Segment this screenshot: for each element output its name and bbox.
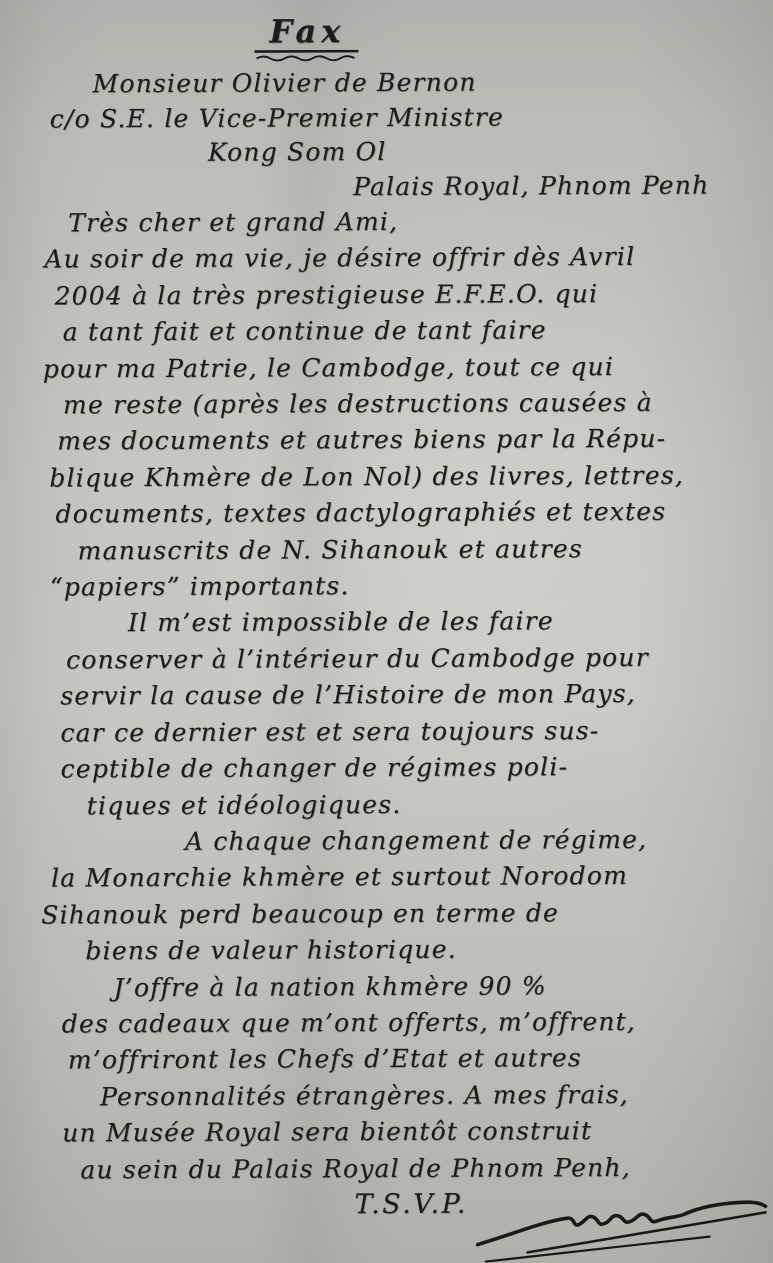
body-line: J’offre à la nation khmère 90 % (1, 967, 773, 1007)
fax-letter-page: Fax Monsieur Olivier de Bernon c/o S.E. … (0, 0, 773, 1263)
tsvp-label: T.S.V.P. (354, 1187, 468, 1224)
body-line: m’offriront les Chefs d’Etat et autres (2, 1040, 773, 1080)
body-line: Personnalités étrangères. A mes frais, (2, 1076, 773, 1116)
body-line: a tant fait et continue de tant faire (0, 312, 772, 352)
body-line: Sihanouk perd beaucoup en terme de (1, 894, 773, 934)
signature-scribble (472, 1189, 772, 1263)
body-line: “papiers” importants. (0, 566, 773, 606)
closing-row: T.S.V.P. (2, 1185, 773, 1263)
address-line: Palais Royal, Phnom Penh (0, 168, 771, 206)
body-line: documents, textes dactylographiés et tex… (0, 494, 773, 534)
salutation-line: Très cher et grand Ami, (0, 202, 771, 242)
body-line: biens de valeur historique. (1, 930, 773, 970)
letter-content: Fax Monsieur Olivier de Bernon c/o S.E. … (0, 0, 773, 1263)
body-line: servir la cause de l’Histoire de mon Pay… (0, 676, 773, 716)
title-wrap: Fax (252, 12, 362, 62)
body-line: des cadeaux que m’ont offerts, m’offrent… (2, 1003, 773, 1043)
body-line: ceptible de changer de régimes poli- (1, 748, 773, 788)
body-line: manuscrits de N. Sihanouk et autres (0, 530, 773, 570)
title-row: Fax (0, 10, 771, 67)
care-of-line: c/o S.E. le Vice-Premier Ministre (0, 99, 771, 137)
body-line: car ce dernier est et sera toujours sus- (0, 712, 773, 752)
title-underline-icon (252, 48, 362, 62)
body-line: tiques et idéologiques. (1, 785, 773, 825)
body-line: blique Khmère de Lon Nol) des livres, le… (0, 457, 772, 497)
page-title: Fax (269, 12, 345, 50)
body-line: la Monarchie khmère et surtout Norodom (1, 858, 773, 898)
body-line: me reste (après les destructions causées… (0, 384, 772, 424)
body-line: 2004 à la très prestigieuse E.F.E.O. qui (0, 275, 772, 315)
body-line: mes documents et autres biens par la Rép… (0, 421, 772, 461)
body-line: A chaque changement de régime, (1, 821, 773, 861)
body-line: un Musée Royal sera bientôt construit (2, 1112, 773, 1152)
body-line: conserver à l’intérieur du Cambodge pour (0, 639, 773, 679)
recipient-line: Monsieur Olivier de Bernon (0, 64, 771, 102)
body-line: Au soir de ma vie, je désire offrir dès … (0, 239, 771, 279)
minister-line: Kong Som Ol (0, 133, 771, 171)
body-line: Il m’est impossible de les faire (0, 603, 773, 643)
body-line: pour ma Patrie, le Cambodge, tout ce qui (0, 348, 772, 388)
body-line: au sein du Palais Royal de Phnom Penh, (2, 1149, 773, 1189)
